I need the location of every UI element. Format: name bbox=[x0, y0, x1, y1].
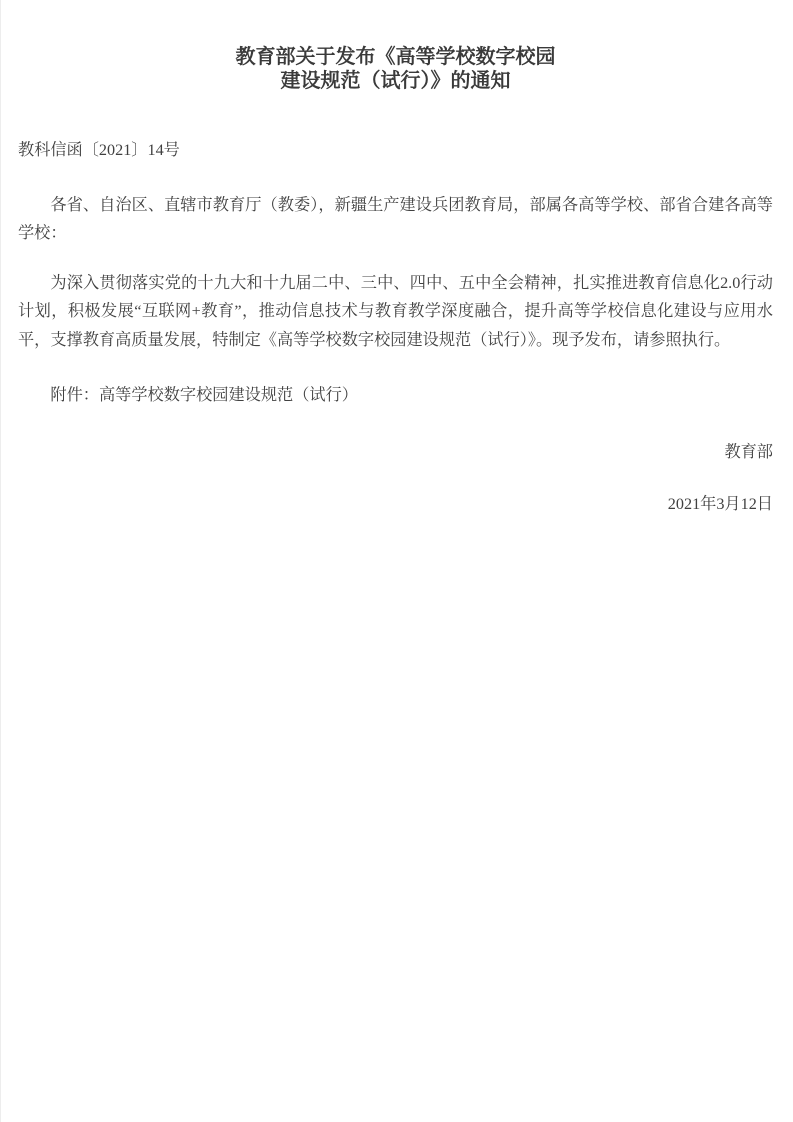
page-title-line2: 建设规范（试行）》的通知 bbox=[18, 69, 773, 93]
page-title-line1: 教育部关于发布《高等学校数字校园 bbox=[18, 45, 773, 69]
salutation-paragraph: 各省、自治区、直辖市教育厅（教委），新疆生产建设兵团教育局，部属各高等学校、部省… bbox=[18, 191, 773, 248]
document-number: 教科信函〔2021〕14号 bbox=[18, 136, 773, 165]
notice-page: { "document": { "title": { "line1": "教育部… bbox=[0, 0, 793, 1122]
document-page: 教育部关于发布《高等学校数字校园 建设规范（试行）》的通知 教科信函〔2021〕… bbox=[1, 0, 793, 1122]
issuer-signature: 教育部 bbox=[18, 438, 773, 467]
page-title: 教育部关于发布《高等学校数字校园 建设规范（试行）》的通知 bbox=[18, 45, 773, 93]
attachment-line: 附件：高等学校数字校园建设规范（试行） bbox=[18, 381, 773, 410]
body-paragraph: 为深入贯彻落实党的十九大和十九届二中、三中、四中、五中全会精神，扎实推进教育信息… bbox=[18, 269, 773, 355]
issue-date: 2021年3月12日 bbox=[18, 490, 773, 519]
